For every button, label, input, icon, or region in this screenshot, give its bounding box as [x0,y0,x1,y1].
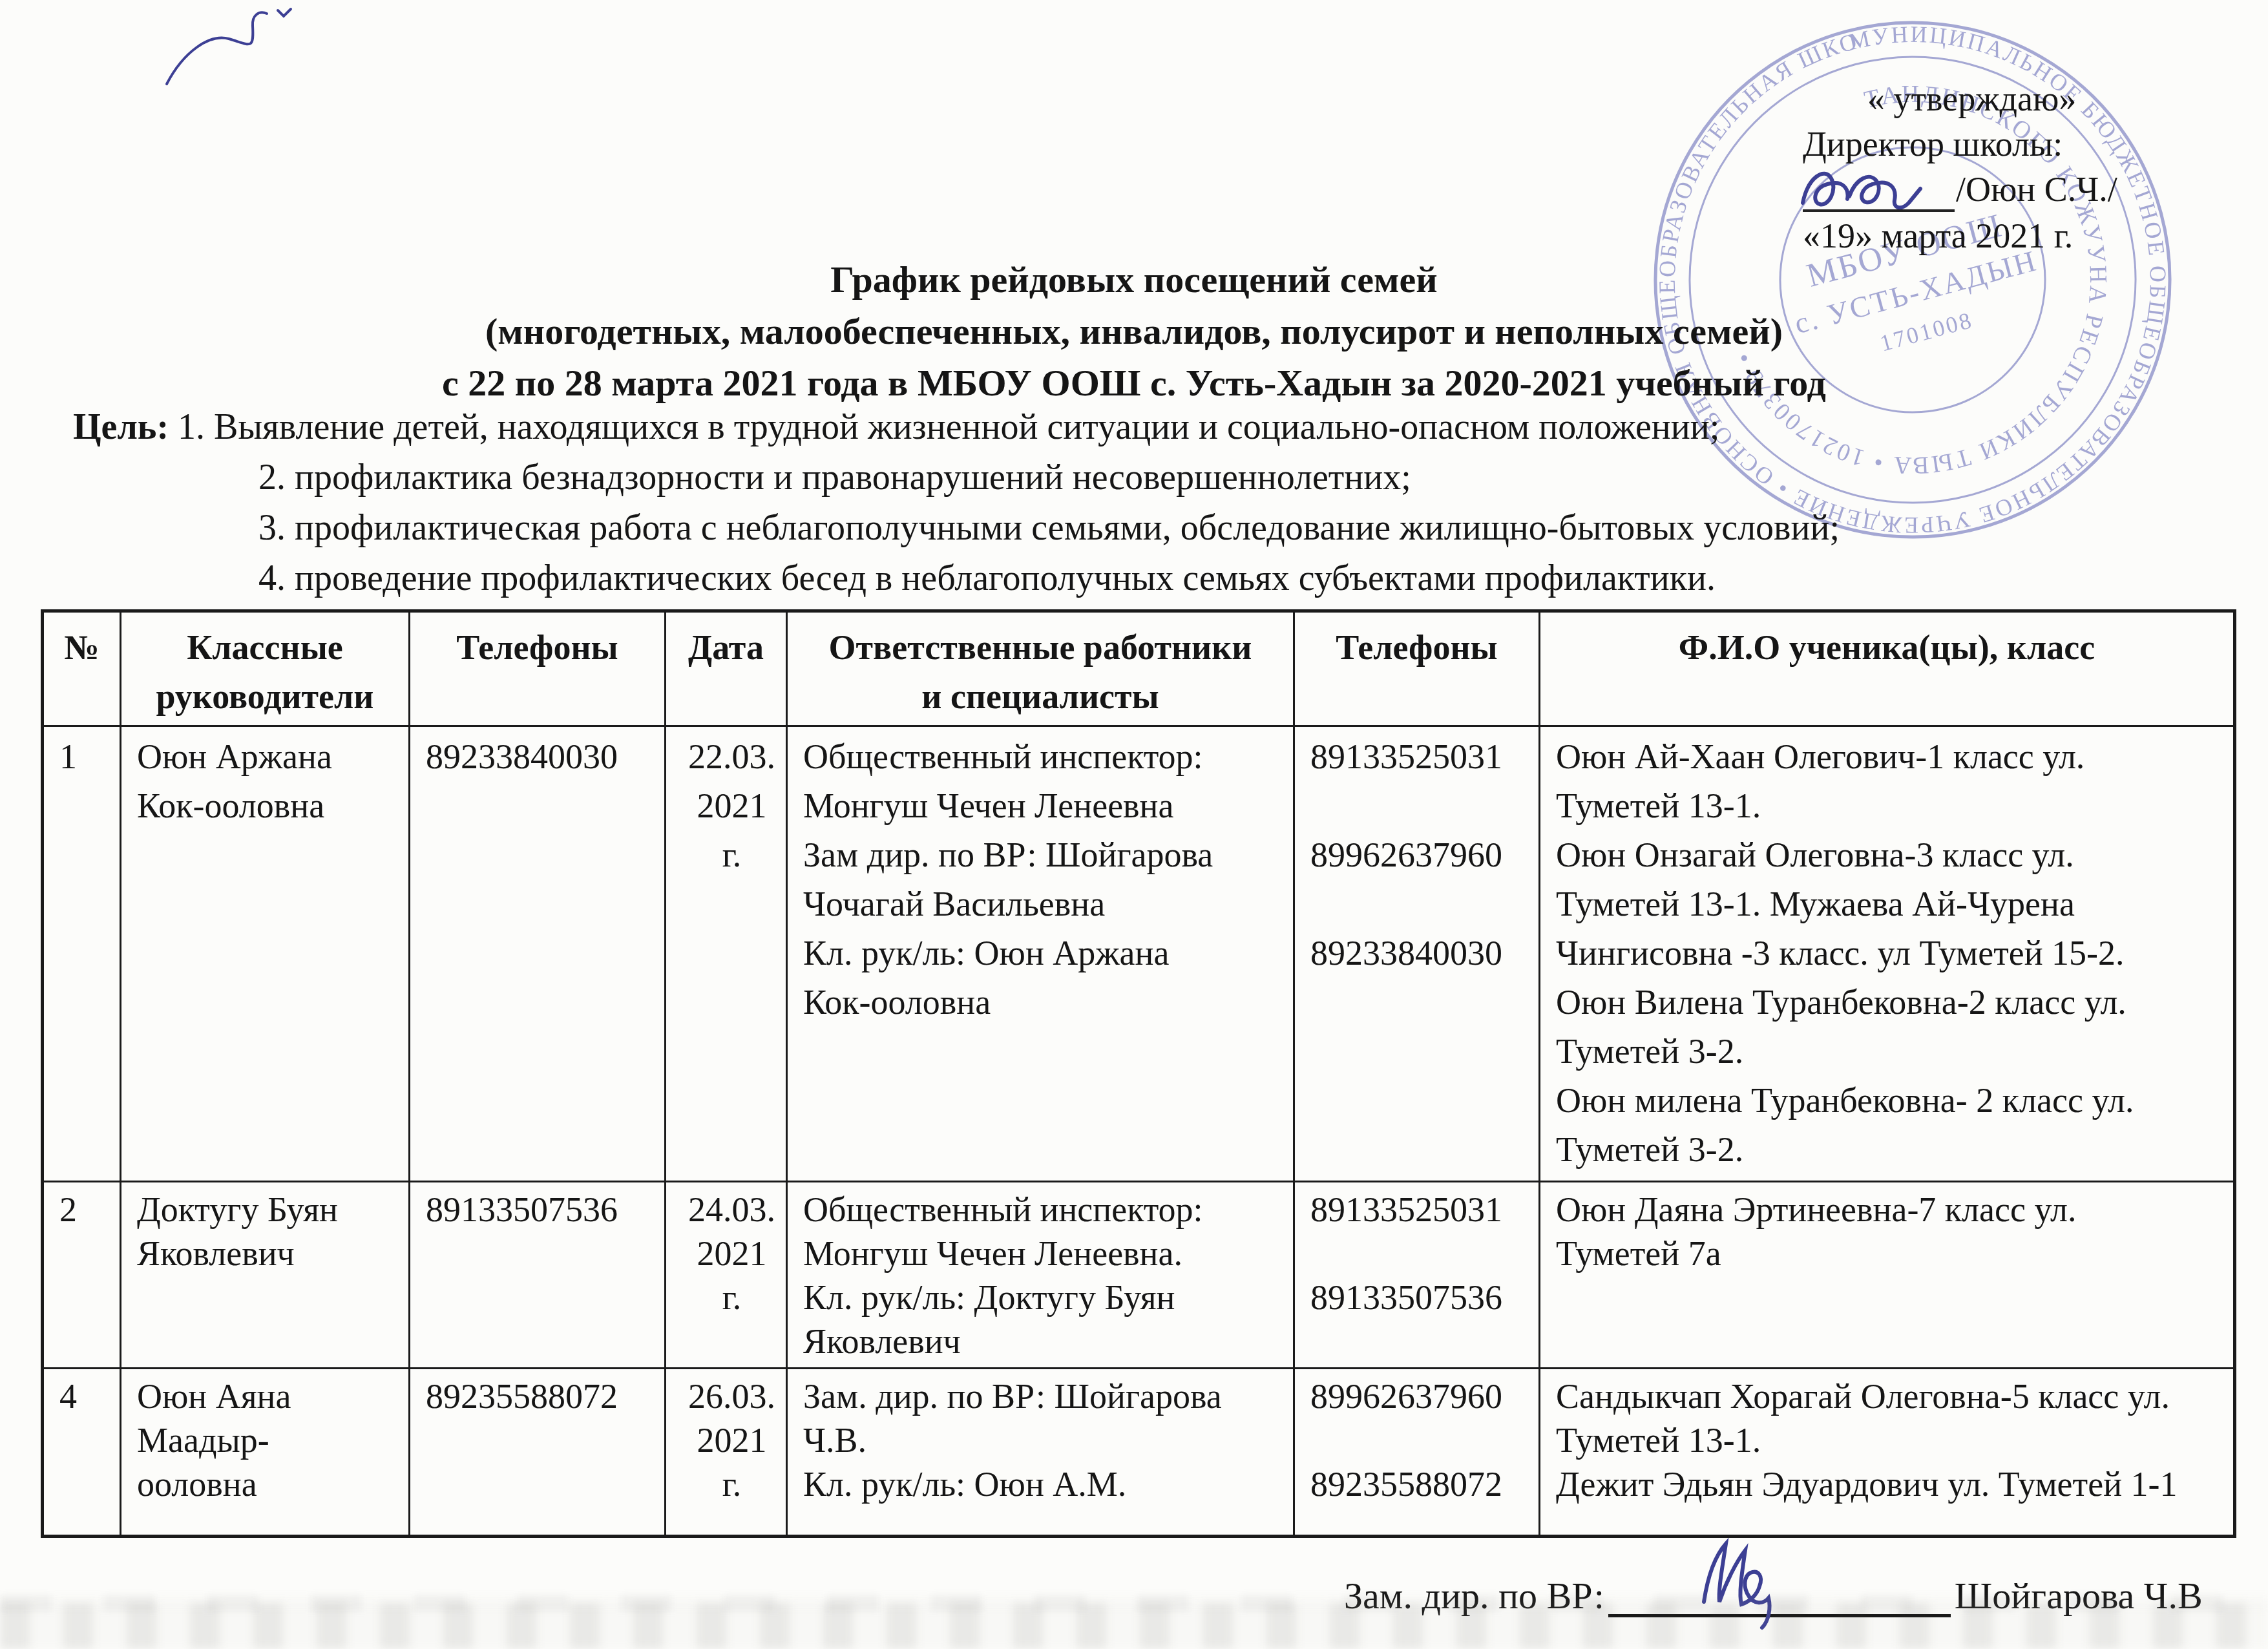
schedule-table: № Классные руководители Телефоны Дата От… [41,609,2236,1538]
title-line-2: (многодетных, малообеспеченных, инвалидо… [0,306,2268,357]
row3-teacher-cell: Оюн Аяна Маадыр- ооловна [121,1369,410,1537]
pen-mark-icon [162,5,310,92]
approval-approve-text: « утверждаю» [1867,76,2165,121]
goal-item-4: 4. проведение профилактических бесед в н… [258,553,2179,604]
goal-item-2: 2. профилактика безнадзорности и правона… [258,452,2179,503]
row2-students-cell: Оюн Даяна Эртинеевна-7 класс ул. Туметей… [1540,1182,2235,1369]
header-students: Ф.И.О ученика(цы), класс [1540,611,2235,726]
title-line-3: с 22 по 28 марта 2021 года в МБОУ ООШ с.… [0,357,2268,409]
header-teachers: Классные руководители [121,611,410,726]
goals-block: Цель: 1. Выявление детей, находящихся в … [73,402,2179,604]
row1-teacher-cell: Оюн Аржана Кок-ооловна [121,726,410,1182]
scan-artifact [0,1602,2268,1649]
table-row: 2 Доктугу Буян Яковлевич 89133507536 24.… [43,1182,2235,1369]
director-signature-icon [1794,150,1968,221]
row3-students-cell: Сандыкчап Хорагай Олеговна-5 класс ул. Т… [1540,1369,2235,1537]
row2-num-cell: 2 [43,1182,121,1369]
goal-item-1-text: 1. Выявление детей, находящихся в трудно… [178,407,1719,447]
row3-phones-cell: 89962637960 89235588072 [1294,1369,1540,1537]
row2-date-cell: 24.03. 2021 г. [666,1182,787,1369]
title-line-1: График рейдовых посещений семей [0,254,2268,306]
row3-responsible-cell: Зам. дир. по ВР: Шойгарова Ч.В. Кл. рук/… [787,1369,1294,1537]
approval-block: « утверждаю» Директор школы: /Оюн С.Ч./ … [1803,76,2165,258]
header-num: № [43,611,121,726]
row1-date-cell: 22.03. 2021 г. [666,726,787,1182]
row1-phone-cell: 89233840030 [410,726,666,1182]
goals-label: Цель: [73,407,169,447]
row1-responsible-cell: Общественный инспектор: Монгуш Чечен Лен… [787,726,1294,1182]
row1-phones-cell: 89133525031 89962637960 89233840030 [1294,726,1540,1182]
row3-date-cell: 26.03. 2021 г. [666,1369,787,1537]
row1-num-cell: 1 [43,726,121,1182]
document-page: МУНИЦИПАЛЬНОЕ БЮДЖЕТНОЕ ОБЩЕОБРАЗОВАТЕЛЬ… [0,0,2268,1649]
header-phones1: Телефоны [410,611,666,726]
document-title: График рейдовых посещений семей (многоде… [0,254,2268,409]
goal-item-1: Цель: 1. Выявление детей, находящихся в … [73,402,2179,452]
goal-item-3: 3. профилактическая работа с неблагополу… [258,503,2179,553]
row1-students-cell: Оюн Ай-Хаан Олегович-1 класс ул. Туметей… [1540,726,2235,1182]
row3-phone-cell: 89235588072 [410,1369,666,1537]
header-date: Дата [666,611,787,726]
director-signature-line [1803,172,1955,212]
approval-director-name: /Оюн С.Ч./ [1956,170,2117,209]
table-row: 4 Оюн Аяна Маадыр- ооловна 89235588072 2… [43,1369,2235,1537]
row2-teacher-cell: Доктугу Буян Яковлевич [121,1182,410,1369]
row2-phone-cell: 89133507536 [410,1182,666,1369]
header-responsible: Ответственные работники и специалисты [787,611,1294,726]
row2-responsible-cell: Общественный инспектор: Монгуш Чечен Лен… [787,1182,1294,1369]
row3-num-cell: 4 [43,1369,121,1537]
table-header-row: № Классные руководители Телефоны Дата От… [43,611,2235,726]
header-phones2: Телефоны [1294,611,1540,726]
approval-signature-row: /Оюн С.Ч./ [1803,167,2165,213]
table-row: 1 Оюн Аржана Кок-ооловна 89233840030 22.… [43,726,2235,1182]
row2-phones-cell: 89133525031 89133507536 [1294,1182,1540,1369]
